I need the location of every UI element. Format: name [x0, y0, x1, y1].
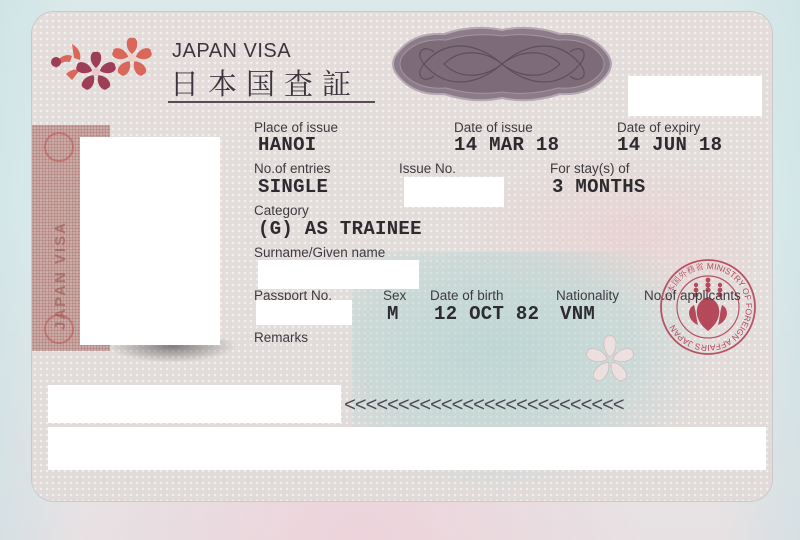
label-for-stays-of: For stay(s) of — [550, 161, 630, 176]
mrz-line1-redacted — [48, 385, 341, 423]
value-date-of-issue: 14 MAR 18 — [454, 134, 559, 156]
visa-title-english: JAPAN VISA — [172, 40, 291, 63]
side-band-text: JAPAN VISA — [52, 190, 72, 330]
value-nationality: VNM — [560, 303, 595, 325]
label-nationality: Nationality — [556, 288, 619, 303]
label-place-of-issue: Place of issue — [254, 120, 338, 135]
label-no-of-entries: No.of entries — [254, 161, 331, 176]
guilloche-ornament-icon — [384, 22, 620, 106]
label-date-of-birth: Date of birth — [430, 288, 504, 303]
holder-photo-redacted — [80, 137, 220, 345]
label-remarks: Remarks — [254, 330, 308, 345]
value-sex: M — [387, 303, 399, 325]
visa-sticker: JAPAN VISA JAPAN — [32, 12, 772, 501]
label-sex: Sex — [383, 288, 406, 303]
faint-blossom-icon — [580, 330, 640, 390]
ministry-seal-icon: 日本国外務省 MINISTRY OF FOREIGN AFFAIRS JAPAN — [658, 257, 758, 357]
label-no-of-applicants: No.of applicants — [644, 288, 741, 303]
passport-no-redacted — [256, 300, 352, 325]
label-category: Category — [254, 203, 309, 218]
label-surname-given-name: Surname/Given name — [254, 245, 385, 260]
name-redacted — [258, 260, 419, 289]
value-for-stays-of: 3 MONTHS — [552, 176, 646, 198]
band-seal-icon — [44, 132, 74, 162]
label-date-of-expiry: Date of expiry — [617, 120, 700, 135]
cherry-blossom-logo-icon — [42, 22, 162, 102]
label-issue-no: Issue No. — [399, 161, 456, 176]
value-date-of-expiry: 14 JUN 18 — [617, 134, 722, 156]
label-date-of-issue: Date of issue — [454, 120, 533, 135]
visa-title-japanese: 日本国査証 — [170, 62, 360, 103]
mrz-line1-filler: <<<<<<<<<<<<<<<<<<<<<<<<<< — [344, 395, 624, 418]
mrz-line2-redacted — [48, 427, 766, 470]
value-no-of-entries: SINGLE — [258, 176, 328, 198]
issue-no-redacted — [404, 177, 504, 207]
value-category: (G) AS TRAINEE — [258, 218, 422, 240]
visa-number-redacted — [628, 76, 762, 116]
value-date-of-birth: 12 OCT 82 — [434, 303, 539, 325]
value-place-of-issue: HANOI — [258, 134, 317, 156]
title-underline — [168, 101, 375, 103]
